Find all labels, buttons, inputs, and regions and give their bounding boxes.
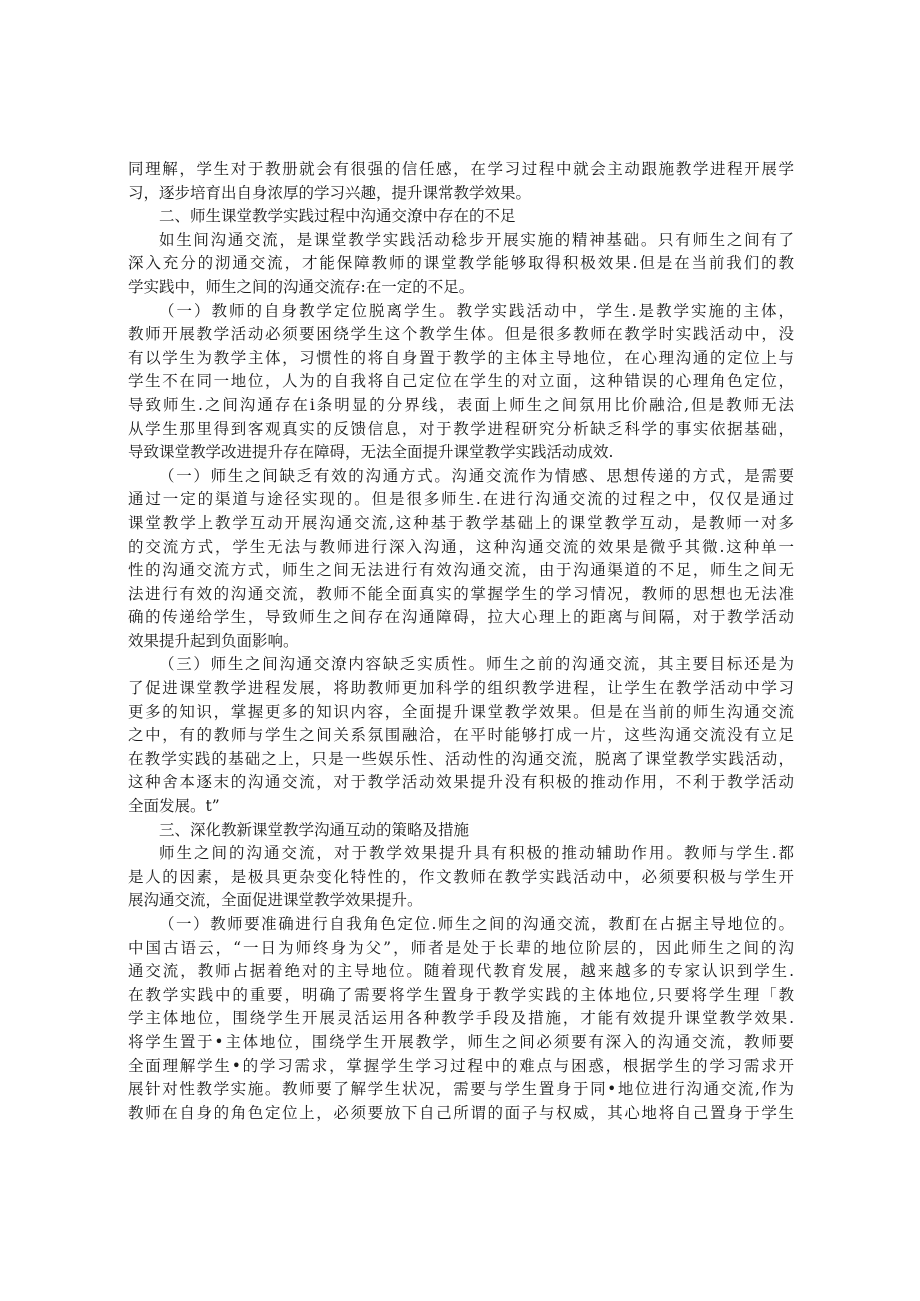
text-line: 课堂教学上教学互动开展沟通交流,这种基于教学基础上的课堂教学互动，是教师一对多 [128, 512, 794, 536]
text-line: 教师开展教学活动必须要困绕学生这个教学生体。但是很多教师在教学时实践活动中，没 [128, 323, 794, 347]
text-line: 导致课堂教学改进提升存在障碍，无法全面提升课堂教学实践活动成效. [128, 441, 794, 465]
paragraph-2-2: （一）师生之间缺乏有效的沟通方式。沟通交流作为情感、思想传递的方式，是需要 通过… [128, 465, 794, 654]
text-line: 师生之间的沟通交流，对于教学效果提升具有积极的推动辅助作用。教师与学生.都 [128, 842, 794, 866]
text-line: 是人的因素，是极具更杂变化特性的，作文教师在教学实践活动中，必须要积极与学生开 [128, 866, 794, 890]
section-heading-2: 二、师生课堂教学实践过程中沟通交潦中存在的不足 [128, 205, 794, 229]
text-line: 深入充分的沏通交流，才能保障教师的课堂教学能够取得积极效果.但是在当前我们的教 [128, 252, 794, 276]
text-line: 通过一定的渠道与途径实现的。但是很多师生.在进行沟通交流的过程之中，仅仅是通过 [128, 488, 794, 512]
text-line: 确的传递给学生，导致师生之间存在沟通障碍，拉大心理上的距离与间隔，对于教学活动 [128, 606, 794, 630]
text-line: 效果提升起到负面影响。 [128, 630, 794, 654]
text-line: 了促进课堂教学进程发展，将助教师更加科学的组织教学进程，让学生在教学活动中学习 [128, 677, 794, 701]
text-line: 学生不在同一地位，人为的自我将自己定位在学生的对立面，这种错误的心理角色定位， [128, 370, 794, 394]
text-line: （一）师生之间缺乏有效的沟通方式。沟通交流作为情感、思想传递的方式，是需要 [128, 465, 794, 489]
paragraph-3-1: （一）教师要准确进行自我角色定位.师生之间的沟通交流，教酊在占据主导地位的。 中… [128, 913, 794, 1125]
text-line: 中国古语云，“一日为师终身为父”，师者是处于长辈的地位阶层的，因此师生之间的沟 [128, 937, 794, 961]
paragraph-continuation: 同理解，学生对于教册就会有很强的信任感，在学习过程中就会主动跟施教学进程开展学 … [128, 158, 794, 205]
text-line: 学主体地位，围绕学生开展灵活运用各种教学手段及措施，才能有效提升课堂教学效果. [128, 1007, 794, 1031]
paragraph-intro-2: 如生间沟通交流，是课堂教学实践活动稔步开展实施的精神基础。只有师生之间有了 深入… [128, 229, 794, 300]
paragraph-2-3: （三）师生之间沟通交潦内容缺乏实质性。师生之前的沟通交流，其主要目标还是为 了促… [128, 653, 794, 818]
text-line: （一）教师的自身教学定位脱离学生。教学实践活动中，学生.是教学实施的主体， [128, 300, 794, 324]
text-line: 在教学实践中的重要，明确了需要将学生置身于教学实践的主体地位,只要将学生理「教 [128, 984, 794, 1008]
text-line: 教师在自身的角色定位上，必须要放下自己所谓的面子与权威，其心地将自己置身于学生 [128, 1102, 794, 1126]
text-line: 学实践中，师生之间的沟通交流存:在一定的不足。 [128, 276, 794, 300]
text-line: 如生间沟通交流，是课堂教学实践活动稔步开展实施的精神基础。只有师生之间有了 [128, 229, 794, 253]
text-line: 将学生置于•主体地位，围绕学生开展教学，师生之间必须要有深入的沟通交流，教师要 [128, 1031, 794, 1055]
text-line: 同理解，学生对于教册就会有很强的信任感，在学习过程中就会主动跟施教学进程开展学 [128, 158, 794, 182]
text-line: 全面发展。t” [128, 795, 794, 819]
text-line: 的交流方式，学生无法与教师进行深入沟通，这种沟通交流的效果是微乎其微.这种单一 [128, 536, 794, 560]
text-line: 展针对性教学实施。教师要了解学生状况，需要与学生置身于同•地位进行沟通交流,作为 [128, 1078, 794, 1102]
heading-text: 二、师生课堂教学实践过程中沟通交潦中存在的不足 [128, 205, 794, 229]
document-page: 同理解，学生对于教册就会有很强的信任感，在学习过程中就会主动跟施教学进程开展学 … [128, 158, 794, 1125]
paragraph-2-1: （一）教师的自身教学定位脱离学生。教学实践活动中，学生.是教学实施的主体， 教师… [128, 300, 794, 465]
text-line: 法进行有效的沟通交流，教师不能全面真实的掌握学生的学习情况，教师的思想也无法准 [128, 583, 794, 607]
section-heading-3: 三、深化教新课堂教学沟通互动的策略及措施 [128, 819, 794, 843]
text-line: 有以学生为教学主体，习惯性的将自身置于教学的主体主导地位，在心理沟通的定位上与 [128, 347, 794, 371]
text-line: 展沟通交流，全面促进课堂教学效果提升。 [128, 889, 794, 913]
text-line: 性的沟通交流方式，师生之间无法进行有效沟通交流，由于沟通渠道的不足，师生之间无 [128, 559, 794, 583]
paragraph-intro-3: 师生之间的沟通交流，对于教学效果提升具有积极的推动辅助作用。教师与学生.都 是人… [128, 842, 794, 913]
text-line: 更多的知识，掌握更多的知识内容，全面提升课堂教学效果。但是在当前的师生沟通交流 [128, 701, 794, 725]
text-line: （一）教师要准确进行自我角色定位.师生之间的沟通交流，教酊在占据主导地位的。 [128, 913, 794, 937]
text-line: 这种舍本逐末的沟通交流，对于教学活动效果提升没有积极的推动作用，不利于教学活动 [128, 771, 794, 795]
heading-text: 三、深化教新课堂教学沟通互动的策略及措施 [128, 819, 794, 843]
text-line: 习，逐步培育出自身浓厚的学习兴趣，提升课常教学效果。 [128, 182, 794, 206]
text-line: （三）师生之间沟通交潦内容缺乏实质性。师生之前的沟通交流，其主要目标还是为 [128, 653, 794, 677]
text-line: 通交流，教师占据着绝对的主导地位。随着现代教育发展，越来越多的专家认识到学生. [128, 960, 794, 984]
text-line: 全面理解学生•的学习需求，掌握学生学习过程中的难点与困惑，根据学生的学习需求开 [128, 1055, 794, 1079]
text-line: 之中，有的教师与学生之间关系氛围融洽，在平时能够打成一片，这些沟通交流没有立足 [128, 724, 794, 748]
text-line: 在教学实践的基础之上，只是一些娱乐性、活动性的沟通交流，脱离了课堂教学实践活动， [128, 748, 794, 772]
text-line: 导致师生.之间沟通存在i条明显的分界线，表面上师生之间氛用比价融洽,但是教师无法 [128, 394, 794, 418]
text-line: 从学生那里得到客观真实的反馈信息，对于教学进程研究分析缺乏科学的事实依据基础， [128, 418, 794, 442]
